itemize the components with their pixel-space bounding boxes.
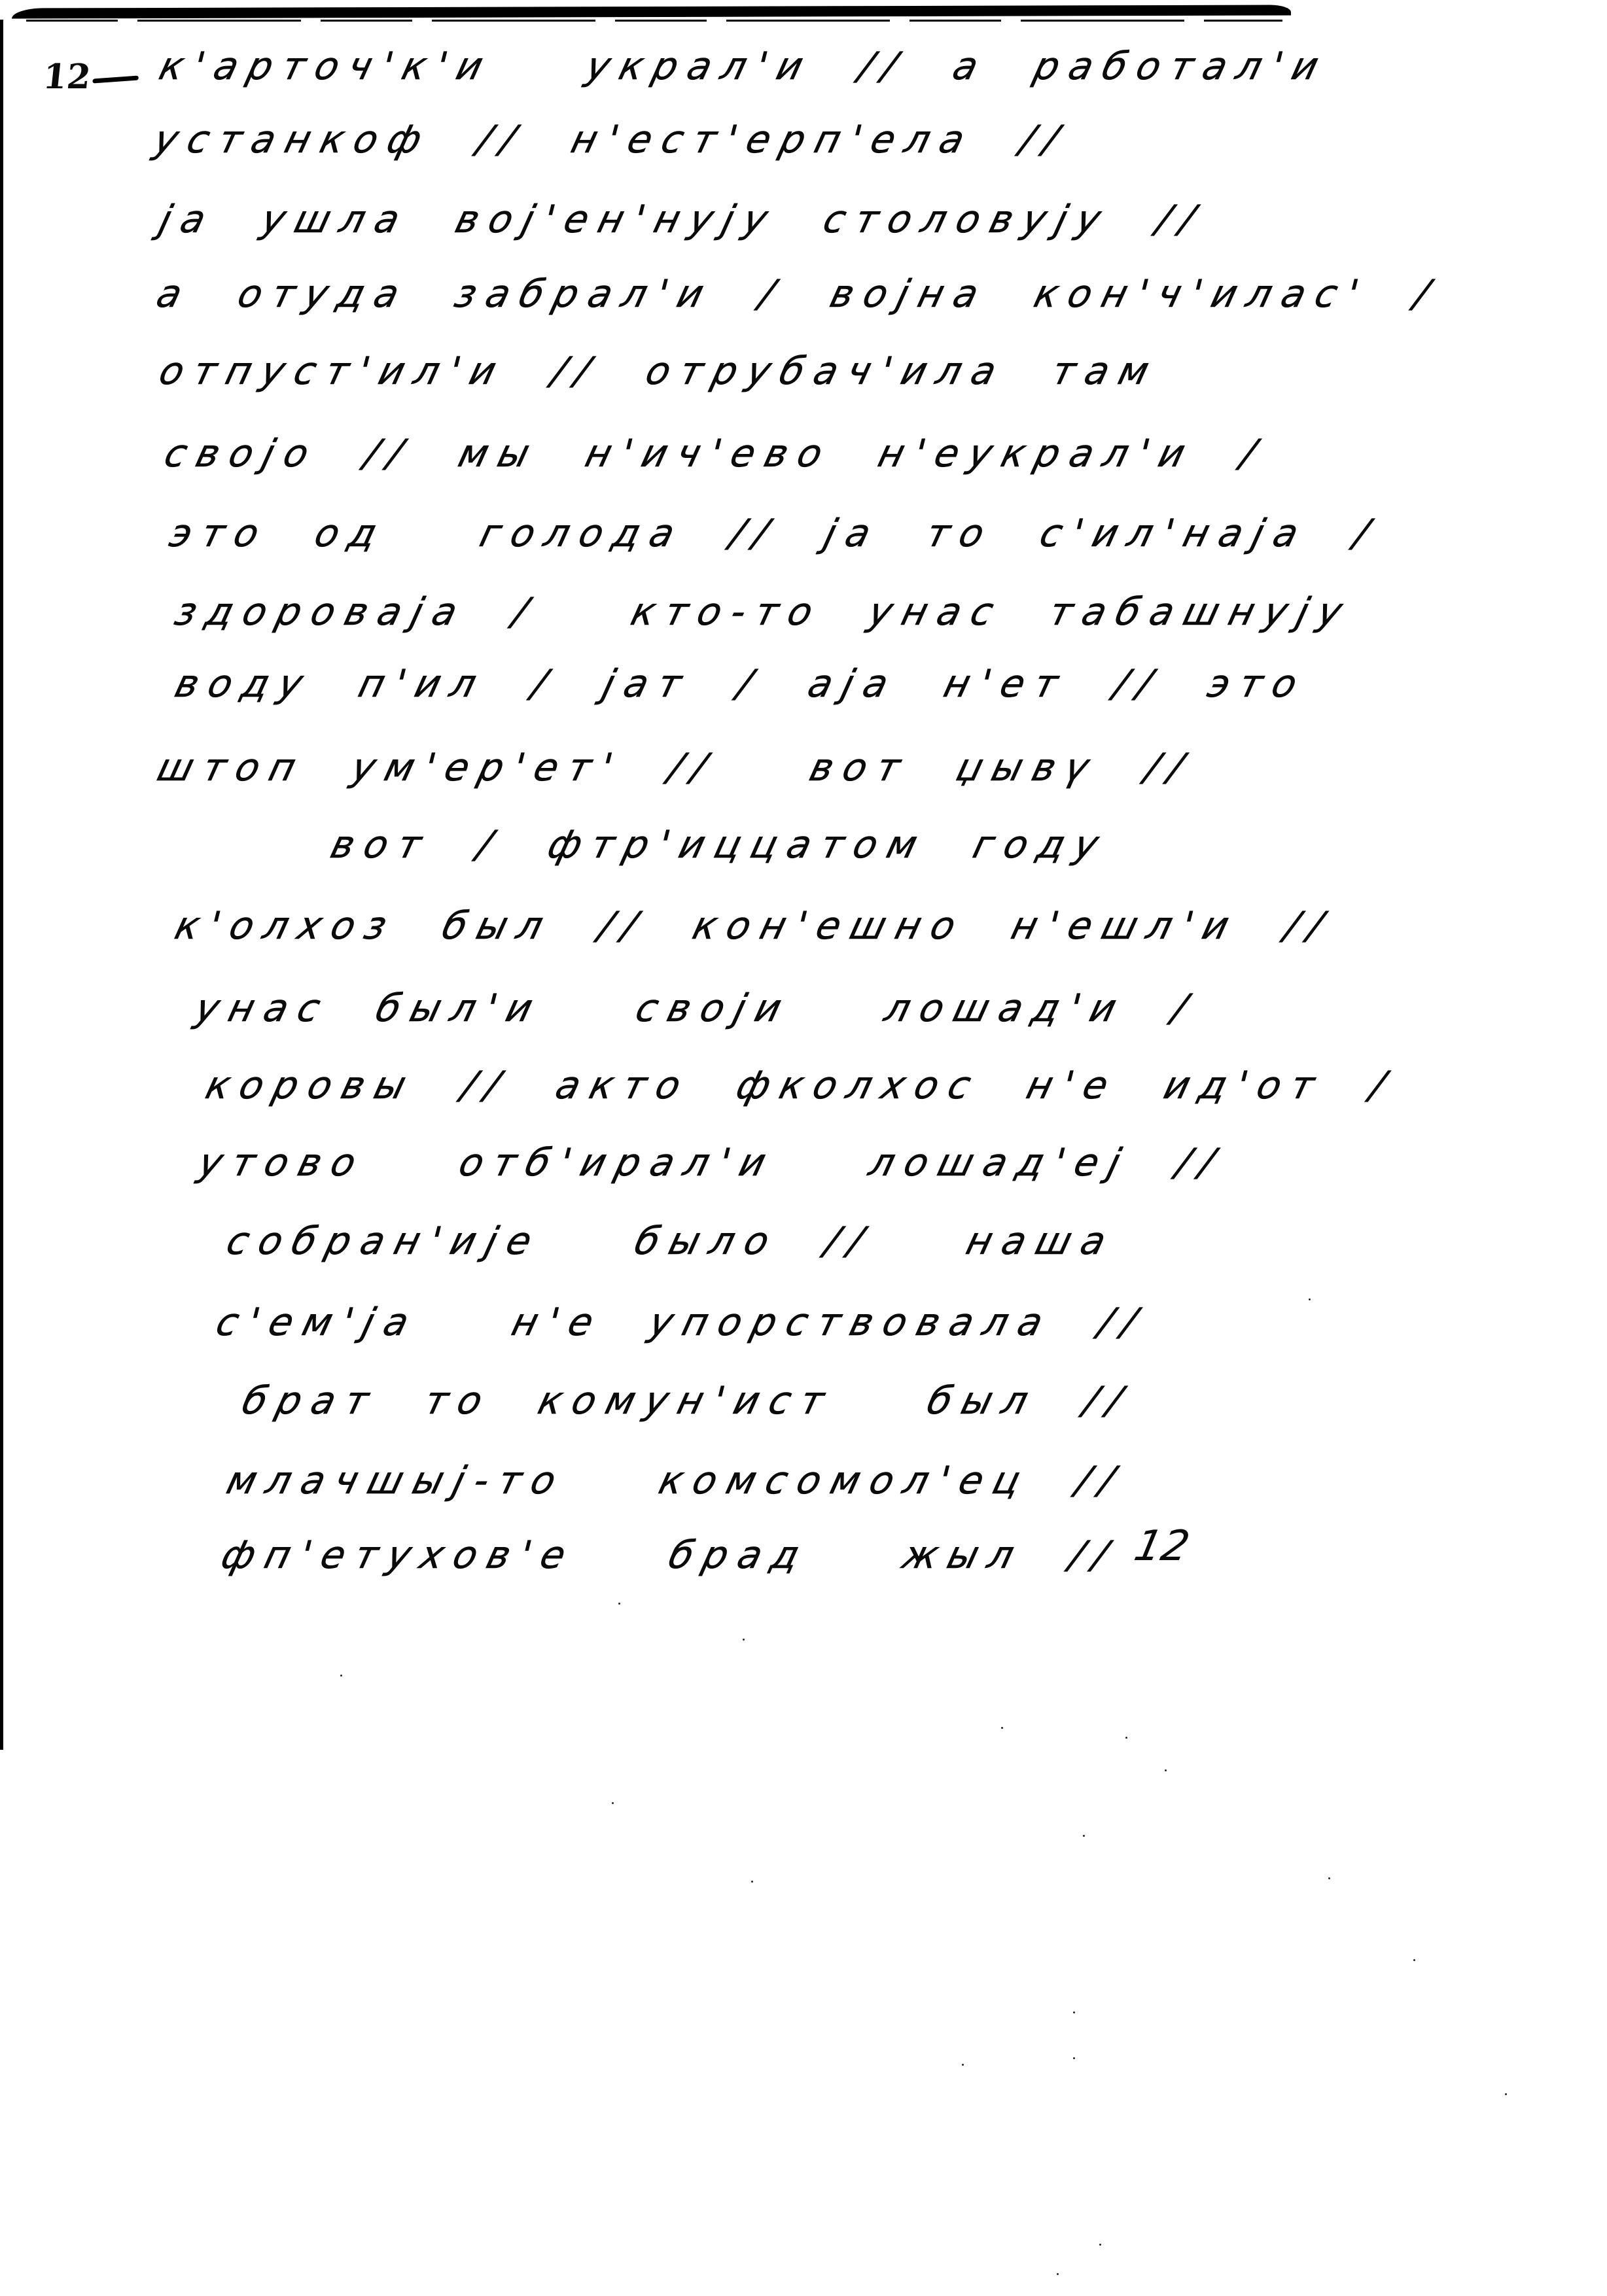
page-number: 12	[1131, 1525, 1193, 1567]
scan-speck	[612, 1802, 614, 1804]
transcript-line: собран'ије было // наша	[223, 1222, 1120, 1260]
scan-speck	[1125, 1737, 1127, 1739]
scan-left-edge	[0, 20, 3, 1750]
scan-speck	[1099, 2244, 1101, 2246]
transcript-line: устанкоф // н'ест'ерп'ела //	[150, 120, 1072, 158]
transcript-line: фп'етухов'е брад жыл //	[218, 1536, 1122, 1574]
scan-speck	[751, 1881, 753, 1883]
scan-speck	[1505, 2093, 1507, 2095]
transcript-line: а отуда забрал'и / војна кон'ч'илас' /	[153, 275, 1443, 313]
transcript-line: здоровајa / кто-то унас табашнују	[171, 593, 1356, 631]
scan-speck	[1057, 2273, 1059, 2275]
scan-speck	[743, 1639, 745, 1641]
scan-speck	[1073, 2057, 1075, 2059]
transcript-line: својо // мы н'ич'ево н'еукрал'и /	[161, 434, 1270, 472]
scan-speck	[1309, 1298, 1311, 1300]
transcript-line: отпуст'ил'и // отрубач'ила там	[156, 352, 1163, 390]
transcript-line: млачшыј-то комсомол'ец //	[223, 1461, 1129, 1499]
transcript-line: утово отб'ирал'и лошад'еј //	[195, 1143, 1229, 1181]
transcript-line: воду п'ил / јат / ајa н'ет // это	[171, 665, 1311, 703]
scanned-handwritten-page: 12 к'арточ'к'и украл'и // а работал'и ус…	[0, 0, 1607, 2296]
transcript-line: ја ушла вој'ен'нују столовују //	[156, 200, 1209, 238]
margin-mark: 12	[41, 60, 141, 94]
transcript-line: с'ем'ја н'е упорствовала //	[213, 1303, 1151, 1341]
scan-top-edge	[12, 5, 1291, 18]
scan-speck	[340, 1675, 342, 1677]
transcript-line: вот / фтр'иццатом году	[327, 826, 1113, 863]
transcript-line: к'арточ'к'и украл'и // а работал'и	[156, 47, 1333, 85]
transcript-line: брат то комун'ист был //	[239, 1382, 1136, 1419]
scan-speck	[1001, 1727, 1003, 1729]
transcript-line: штоп ум'ер'ет' // вот џывү //	[154, 748, 1197, 786]
transcript-line: коровы // акто фколхос н'е ид'от /	[202, 1066, 1400, 1104]
scan-speck	[1165, 1769, 1167, 1771]
scan-speck	[618, 1603, 620, 1605]
scan-speck	[1083, 1835, 1085, 1837]
scan-speck	[1328, 1877, 1330, 1879]
scan-speck	[1073, 2011, 1075, 2013]
scan-top-edge-rule	[26, 20, 1282, 22]
margin-mark-text: 12	[41, 57, 93, 97]
transcript-line: это од голода // ја то с'ил'наја /	[166, 514, 1383, 552]
scan-speck	[1413, 1959, 1415, 1961]
scan-speck	[962, 2064, 964, 2066]
margin-mark-dash	[93, 76, 139, 84]
transcript-line: к'олхоз был // кон'ешно н'ешл'и //	[171, 907, 1337, 945]
transcript-line: унас был'и своји лошад'и /	[192, 989, 1201, 1027]
